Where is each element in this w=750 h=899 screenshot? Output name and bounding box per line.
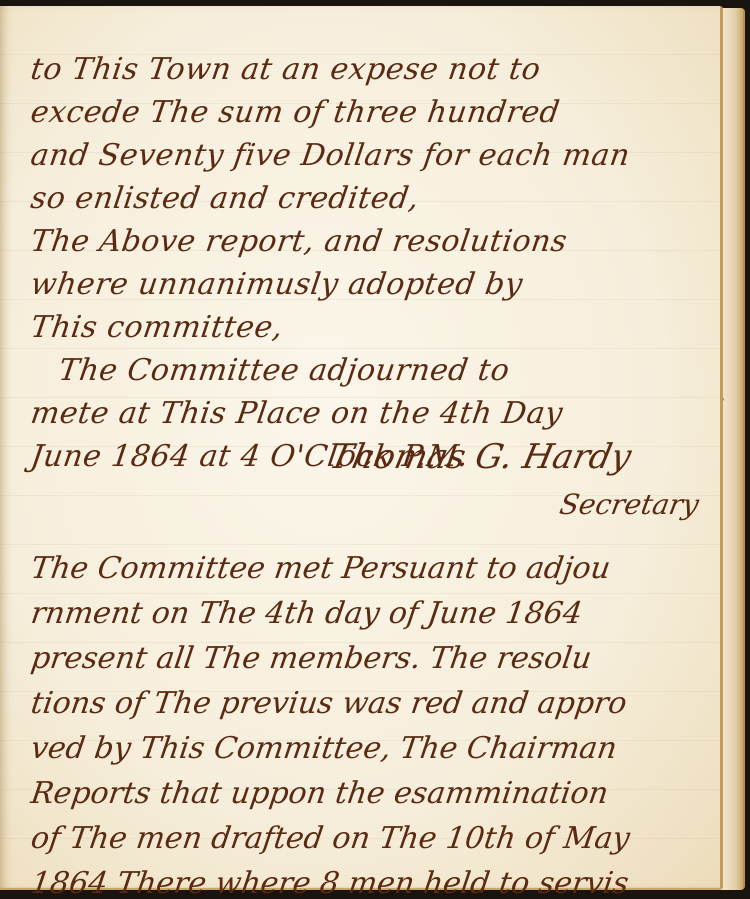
signature-title: Secretary <box>557 488 701 521</box>
manuscript-line: The Above report, and resolutions <box>28 220 714 263</box>
manuscript-line: excede The sum of three hundred <box>28 91 714 134</box>
secretary-signature: Thomas G. Hardy <box>326 437 635 477</box>
manuscript-line: and Seventy five Dollars for each man <box>28 134 714 177</box>
manuscript-line: where unnanimusly adopted by <box>28 263 714 306</box>
manuscript-line: of The men drafted on The 10th of May <box>28 816 724 861</box>
manuscript-line: The Committee met Persuant to adjou <box>28 546 724 591</box>
manuscript-line: rnment on The 4th day of June 1864 <box>28 591 724 636</box>
manuscript-line: ved by This Committee, The Chairman <box>28 726 724 771</box>
manuscript-line: mete at This Place on the 4th Day <box>28 392 714 435</box>
minutes-section-1: to This Town at an expese not to excede … <box>28 48 708 478</box>
manuscript-line: to This Town at an expese not to <box>28 48 714 91</box>
manuscript-line: This committee, <box>28 306 714 349</box>
manuscript-line: The Committee adjourned to <box>28 349 714 392</box>
manuscript-line: Reports that uppon the esammination <box>28 771 724 816</box>
manuscript-line: tions of The previus was red and appro <box>28 681 724 726</box>
minutes-section-2: The Committee met Persuant to adjou rnme… <box>28 546 718 899</box>
manuscript-line: so enlisted and credited, <box>28 177 714 220</box>
manuscript-line: present all The members. The resolu <box>28 636 724 681</box>
manuscript-line: 1864 There where 8 men held to servis <box>28 861 724 899</box>
